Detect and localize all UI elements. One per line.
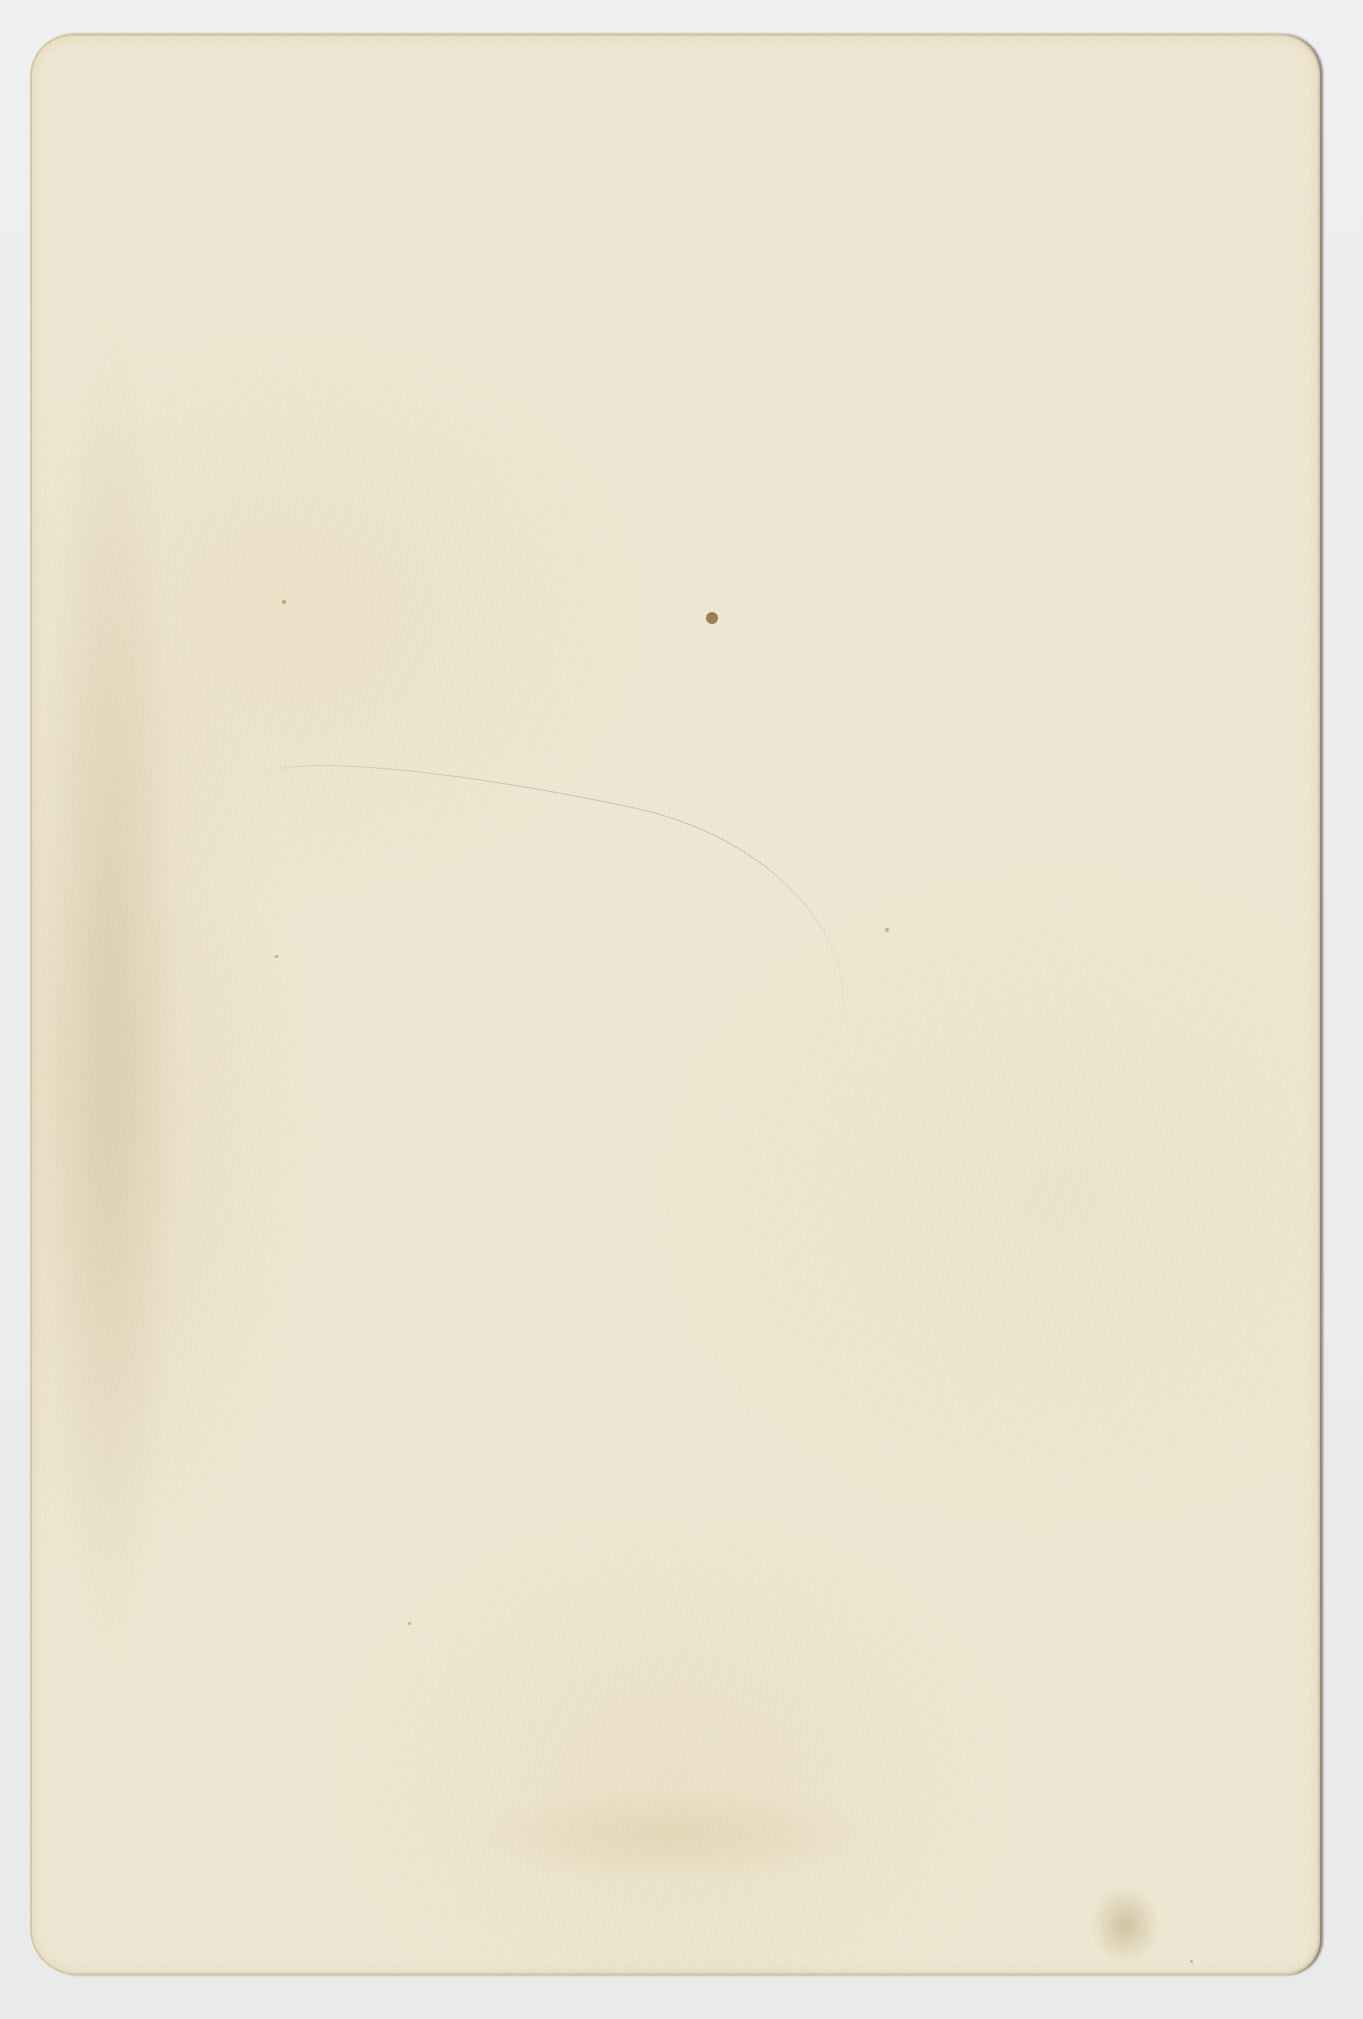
- dust-speck: [282, 600, 286, 604]
- edge-discoloration: [40, 300, 180, 1700]
- dust-speck: [885, 928, 889, 932]
- dust-speck: [275, 955, 278, 958]
- paper-texture: [30, 34, 1320, 1975]
- embossed-studio-stamp: [480, 1790, 860, 1880]
- corner-stain: [1090, 1885, 1160, 1965]
- brown-spot: [706, 612, 718, 624]
- dust-speck: [1190, 1960, 1193, 1963]
- photo-card-back: [30, 34, 1320, 1975]
- dust-speck: [408, 1622, 411, 1625]
